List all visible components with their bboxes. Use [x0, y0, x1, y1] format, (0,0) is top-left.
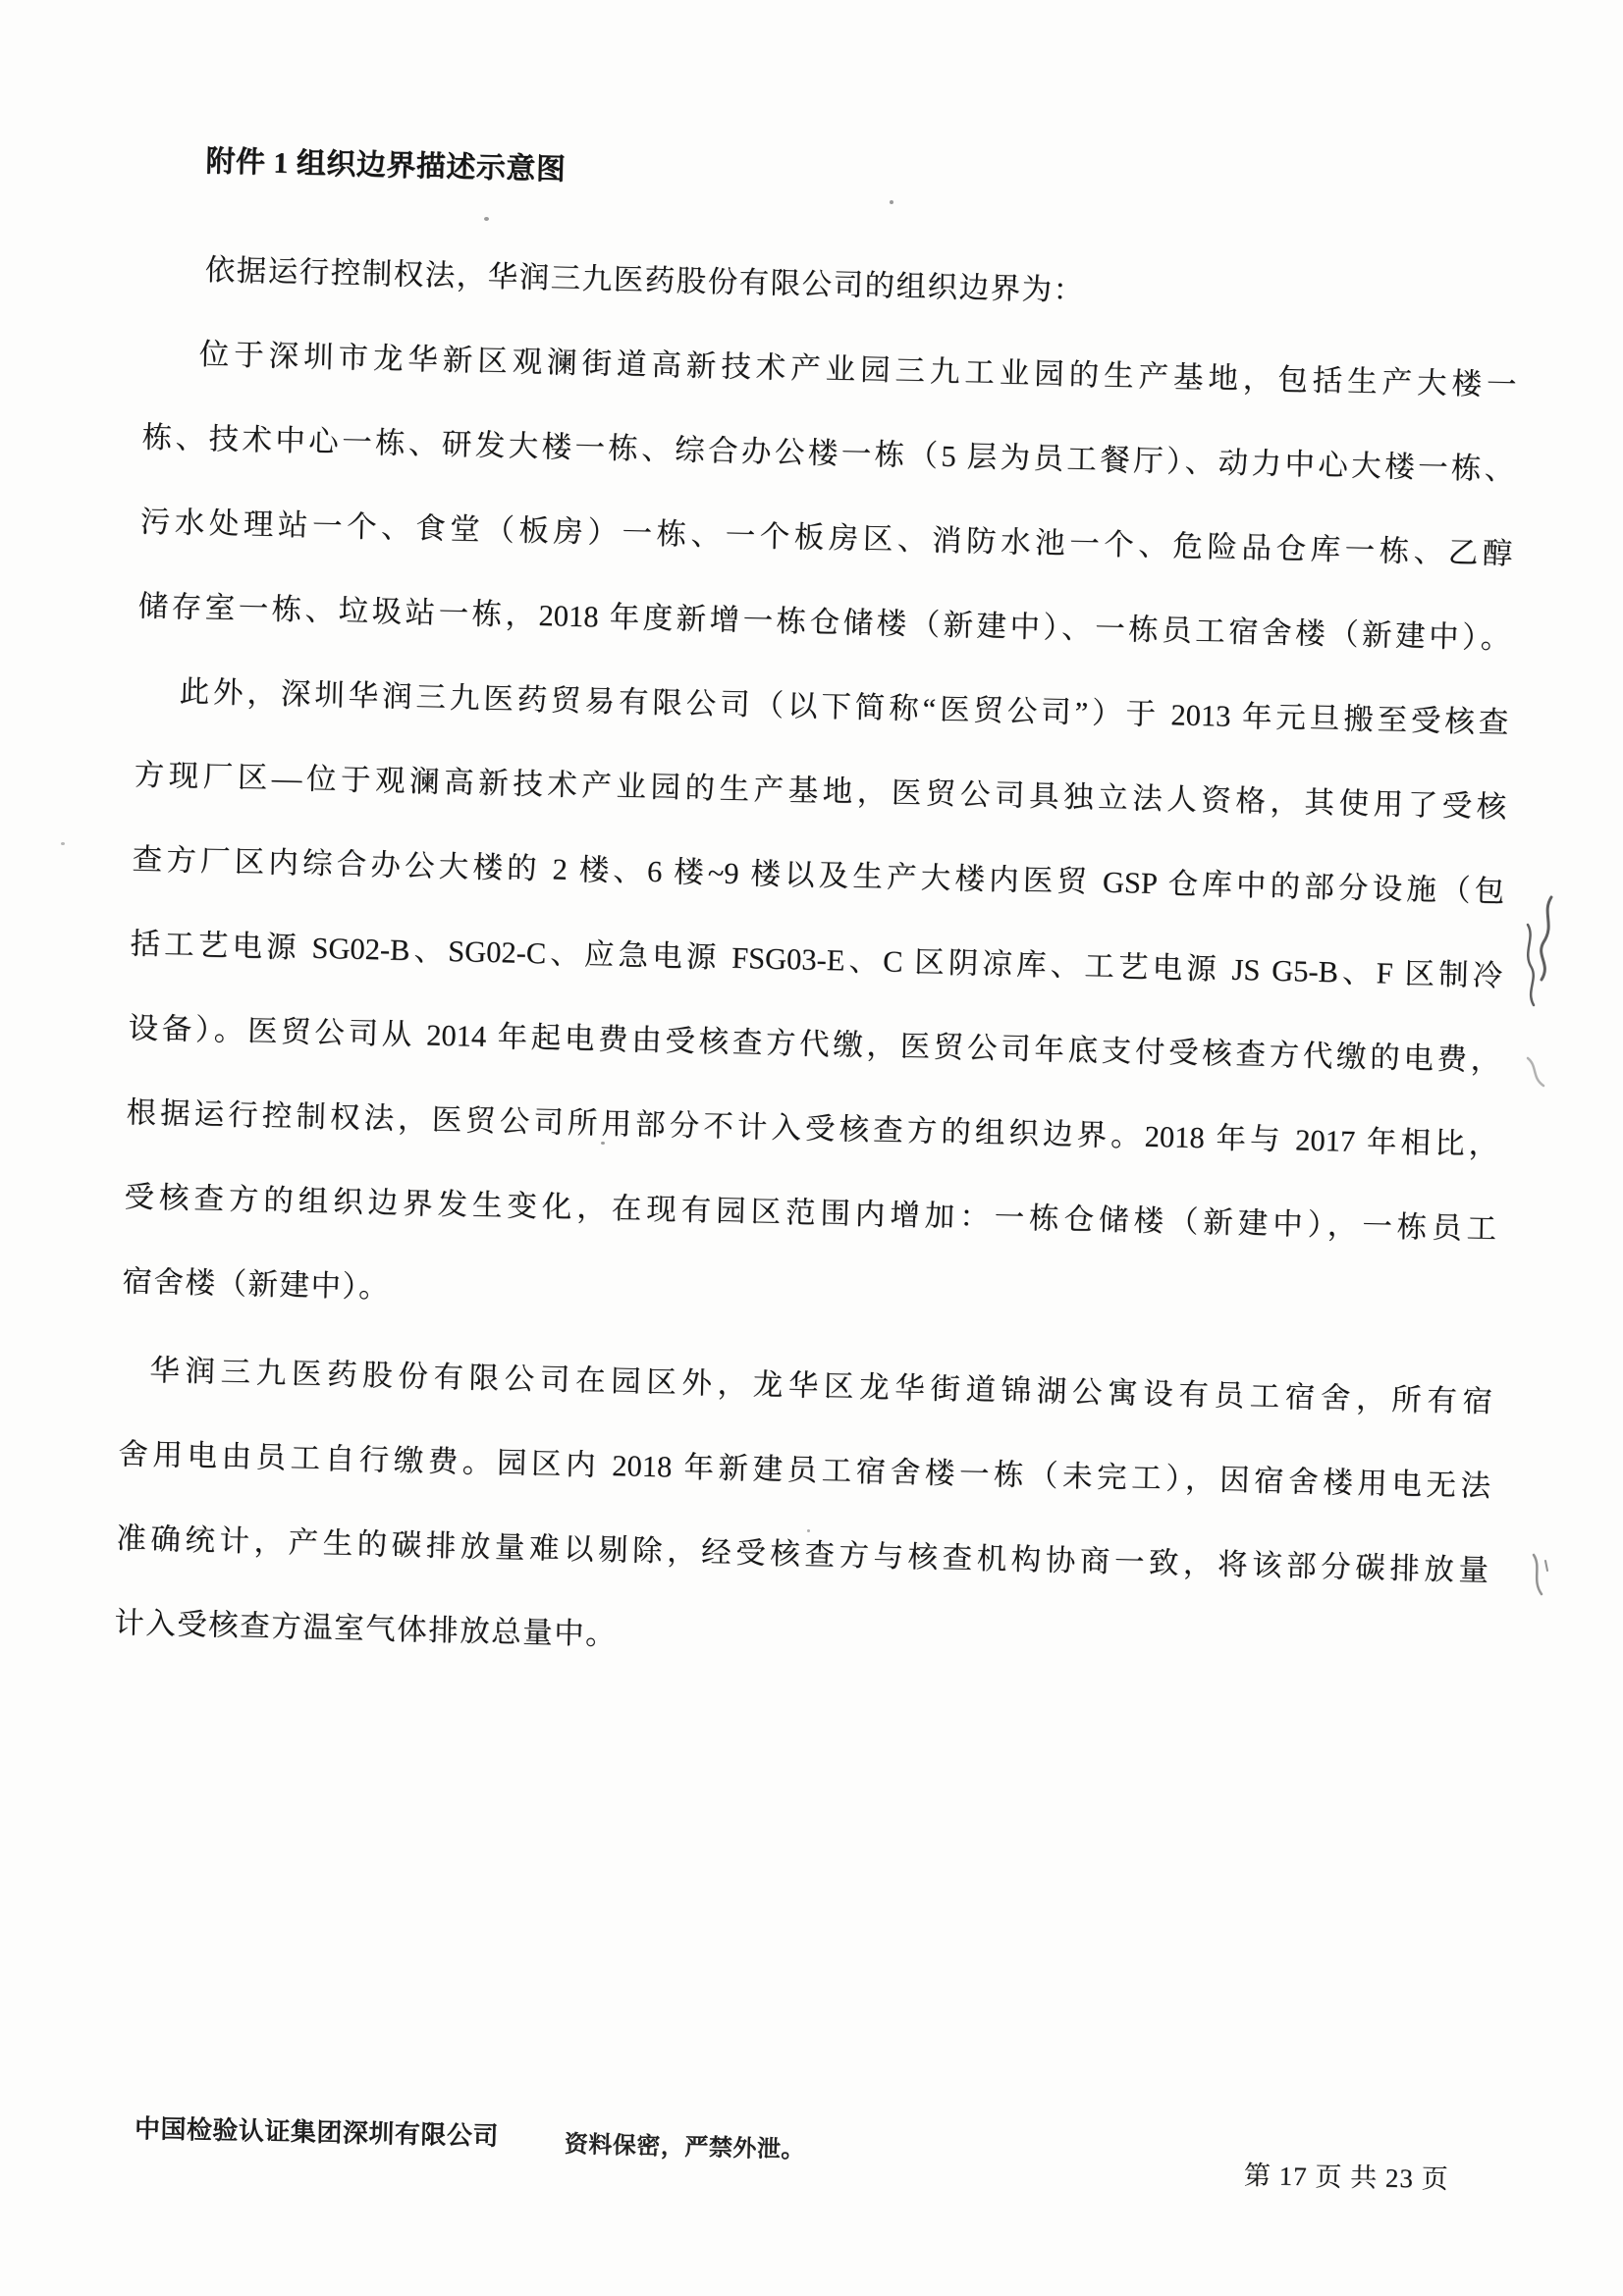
scan-speck	[807, 1529, 810, 1532]
attachment-title: 附件 1 组织边界描述示意图	[205, 137, 1522, 218]
footer-page-number: 第 17 页 共 23 页	[1244, 2154, 1449, 2196]
paragraph-trade-company: 此外，深圳华润三九医药贸易有限公司（以下简称“医贸公司”）于 2013 年元旦搬…	[122, 648, 1510, 1356]
scan-speck	[61, 842, 65, 845]
scan-speck	[484, 217, 489, 221]
scan-speck	[601, 1142, 605, 1145]
paragraph-dormitory: 华润三九医药股份有限公司在园区外，龙华区龙华街道锦湖公寓设有员工宿舍，所有宿 舍…	[113, 1327, 1493, 1697]
handwritten-margin-mark	[1512, 895, 1565, 1008]
document-body: 附件 1 组织边界描述示意图 依据运行控制权法，华润三九医药股份有限公司的组织边…	[113, 136, 1521, 1698]
paragraph-production-base: 位于深圳市龙华新区观澜街道高新技术产业园三九工业园的生产基地，包括生产大楼一 栋…	[137, 311, 1518, 681]
footer-confidentiality-notice: 资料保密，严禁外泄。	[565, 2124, 806, 2164]
handwritten-margin-mark	[1520, 1052, 1555, 1092]
handwritten-margin-mark	[1524, 1551, 1553, 1598]
scan-speck	[890, 200, 893, 204]
footer-company-name: 中国检验认证集团深圳有限公司	[135, 2109, 500, 2153]
scanned-document-page: 附件 1 组织边界描述示意图 依据运行控制权法，华润三九医药股份有限公司的组织边…	[0, 0, 1623, 2296]
